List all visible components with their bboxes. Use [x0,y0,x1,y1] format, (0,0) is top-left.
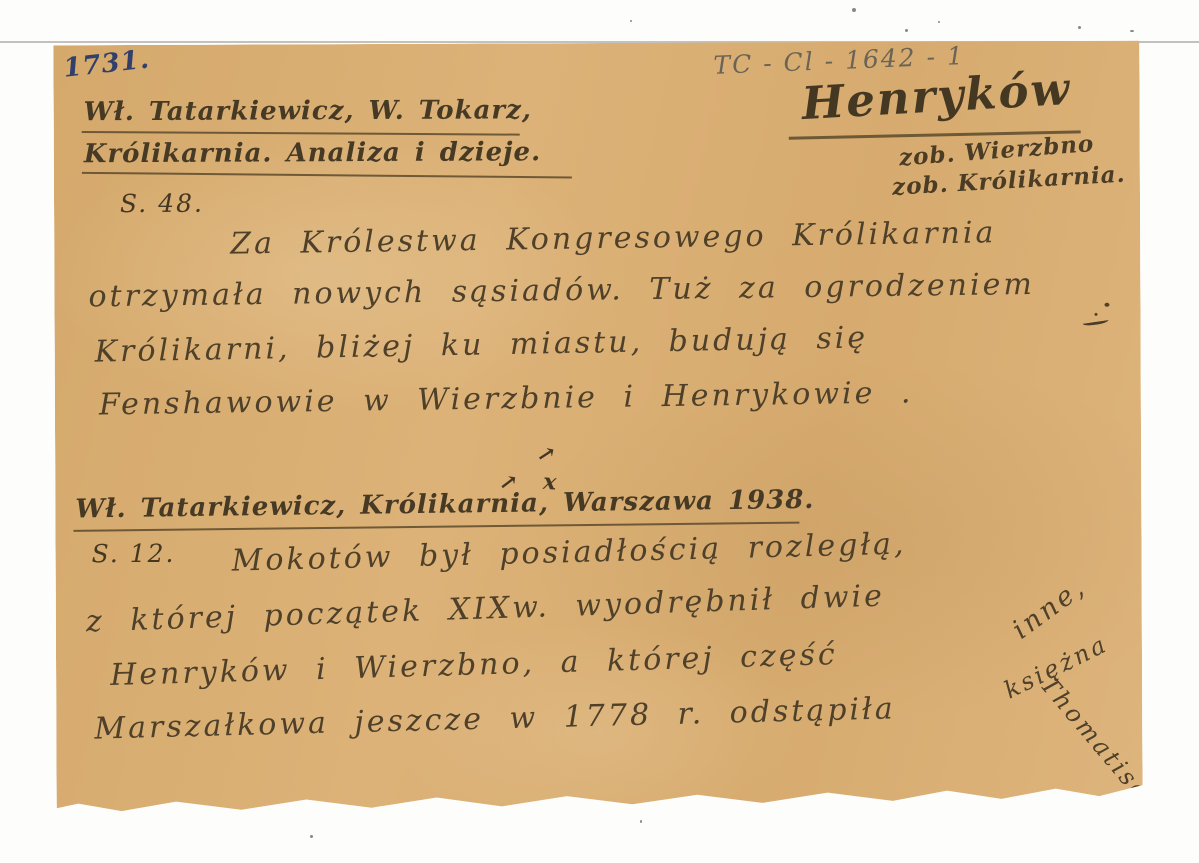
scanned-card-page: 1731. TC - Cl - 1642 - 1 Henryków zob. W… [0,0,1199,863]
index-card: 1731. TC - Cl - 1642 - 1 Henryków zob. W… [53,41,1142,812]
dust-speck [905,29,908,32]
ink-smudge [1082,317,1109,327]
excerpt1-line: Za Królestwa Kongresowego Królikarnia [230,215,997,261]
excerpt2-line-tail: inne, [1007,571,1092,645]
citation1-title: Królikarnia. Analiza i dzieje. [84,137,541,169]
ink-smudge-dot [1095,313,1098,316]
excerpt2-line: Marszałkowa jeszcze w 1778 r. odstąpiła [94,691,896,746]
excerpt1-line: otrzymała nowych sąsiadów. Tuż za ogrodz… [88,267,1035,314]
inventory-number: 1731. [62,45,151,84]
citation1-authors-underline [82,131,520,136]
excerpt2-line: Henryków i Wierzbno, a której część [110,637,839,693]
citation1-page-ref: S. 48. [120,189,204,218]
citation2-underline [73,522,799,532]
excerpt2-line: Mokotów był posiadłością rozległą, [231,527,907,579]
annotation-arrow-mark: ↗ [535,440,558,469]
dust-speck [310,835,313,838]
dust-speck [640,820,642,823]
citation1-title-underline [82,172,572,179]
excerpt2-line: z której początek XIXw. wyodrębnił dwie [85,579,885,640]
excerpt2-line-tail: Thomatisowi. [1035,671,1185,841]
citation2-reference: Wł. Tatarkiewicz, Królikarnia, Warszawa … [75,485,814,525]
citation1-authors: Wł. Tatarkiewicz, W. Tokarz, [84,95,532,127]
excerpt1-line: Fenshawowie w Wierzbnie i Henrykowie . [99,375,914,422]
dust-speck [938,21,940,23]
ink-smudge-dot [1104,303,1109,307]
dust-speck [1130,30,1134,32]
dust-speck [630,20,632,22]
excerpt1-line: Królikarni, bliżej ku miastu, budują się [94,320,868,369]
dust-speck [1078,26,1081,29]
dust-speck [852,8,856,12]
citation2-page-ref: S. 12. [91,539,175,568]
